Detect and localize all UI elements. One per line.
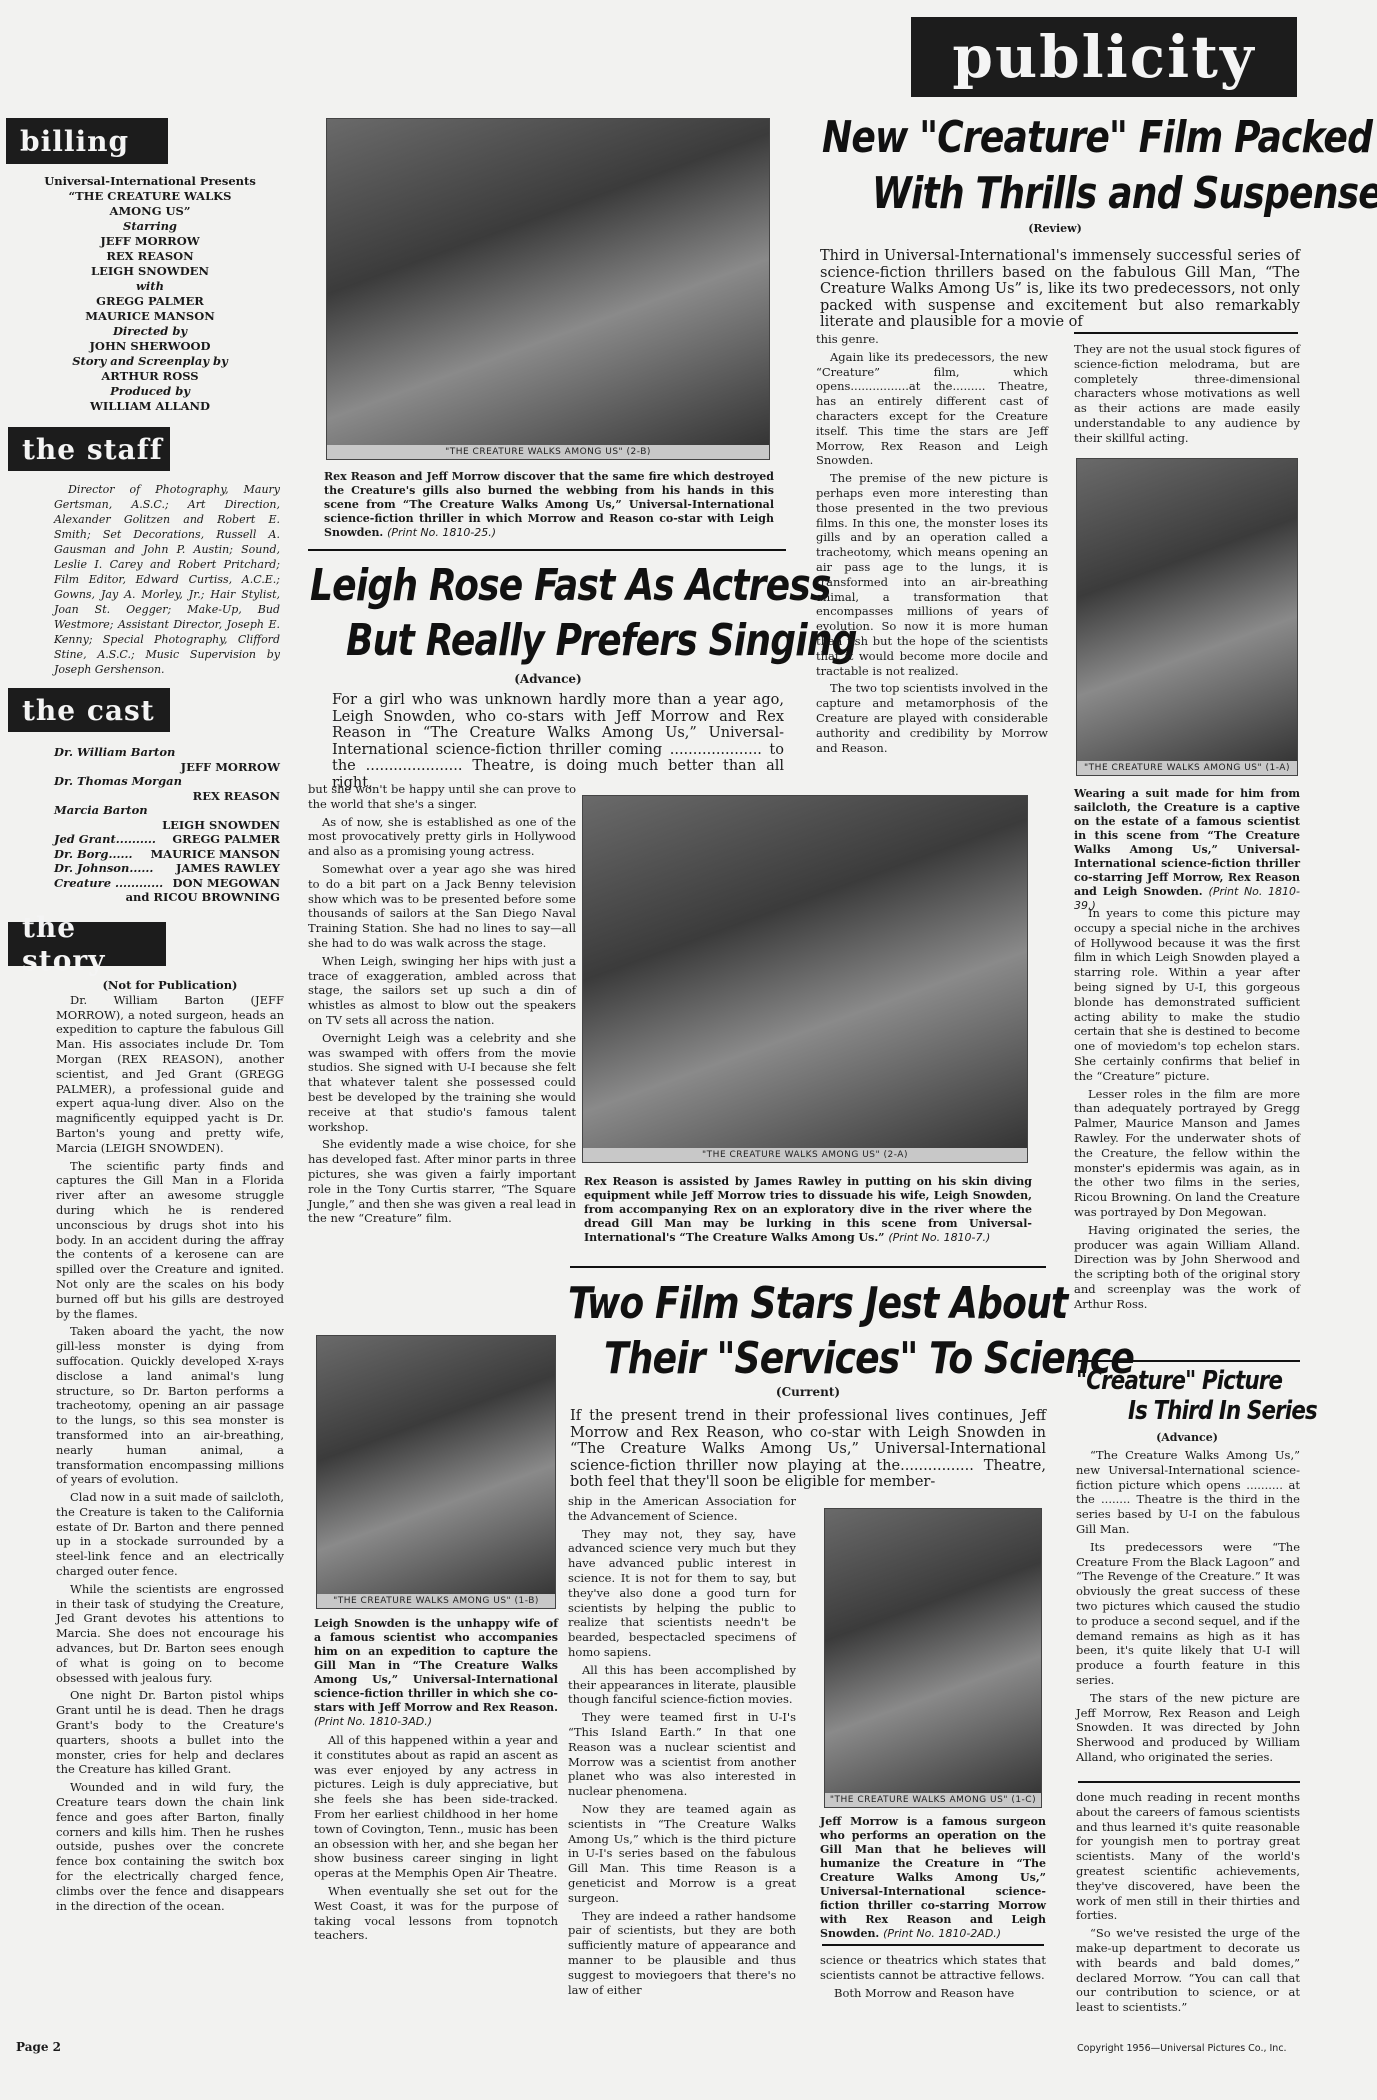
- cast-actor: JAMES RAWLEY: [176, 861, 280, 876]
- star-name: JEFF MORROW: [40, 234, 260, 249]
- costar-name: MAURICE MANSON: [40, 309, 260, 324]
- print-number: (Print No. 1810-3AD.): [314, 1715, 432, 1728]
- leigh-paragraph: She evidently made a wise choice, for sh…: [308, 1137, 576, 1226]
- two-stars-paragraph: All this has been accomplished by their …: [568, 1663, 796, 1707]
- two-stars-paragraph: ship in the American Association for the…: [568, 1494, 796, 1524]
- review-paragraph: The premise of the new picture is perhap…: [816, 471, 1048, 678]
- leigh-paragraph: but she won't be happy until she can pro…: [308, 782, 576, 812]
- section-header-staff: the staff: [8, 427, 170, 471]
- cast-role: Dr. William Barton: [54, 745, 280, 760]
- kicker-advance: (Advance): [310, 672, 786, 686]
- review-paragraph: Lesser roles in the film are more than a…: [1074, 1087, 1300, 1220]
- caption-text: Jeff Morrow is a famous surgeon who perf…: [820, 1815, 1046, 1940]
- cast-entry: Marcia BartonLEIGH SNOWDEN: [54, 803, 280, 832]
- story-paragraph: Dr. William Barton (JEFF MORROW), a note…: [56, 993, 284, 1156]
- headline-review-1: New "Creature" Film Packed: [822, 112, 1372, 163]
- leigh-body-col-2: All of this happened within a year and i…: [314, 1733, 558, 1946]
- cast-role: Dr. Thomas Morgan: [54, 774, 280, 789]
- leigh-paragraph: Somewhat over a year ago she was hired t…: [308, 862, 576, 951]
- starring-label: Starring: [40, 219, 260, 234]
- producer-name: WILLIAM ALLAND: [40, 399, 260, 414]
- story-paragraph: One night Dr. Barton pistol whips Grant …: [56, 1688, 284, 1777]
- leigh-lead: For a girl who was unknown hardly more t…: [332, 692, 784, 791]
- leigh-paragraph: Overnight Leigh was a celebrity and she …: [308, 1031, 576, 1135]
- third-body: “The Creature Walks Among Us,” new Unive…: [1076, 1448, 1300, 1768]
- cast-role: Marcia Barton: [54, 803, 280, 818]
- billing-title: “THE CREATURE WALKS: [40, 189, 260, 204]
- leigh-paragraph: As of now, she is established as one of …: [308, 815, 576, 859]
- story-label: Story and Screenplay by: [40, 354, 260, 369]
- cast-actor: GREGG PALMER: [172, 832, 280, 847]
- photo-1a: "THE CREATURE WALKS AMONG US" (1-A): [1076, 458, 1298, 776]
- cast-extra: and RICOU BROWNING: [54, 890, 280, 905]
- headline-leigh-2: But Really Prefers Singing: [346, 615, 857, 666]
- story-note: (Not for Publication): [56, 978, 284, 993]
- photo-1c-caption: Jeff Morrow is a famous surgeon who perf…: [820, 1815, 1046, 1941]
- photo-2b-caption: Rex Reason and Jeff Morrow discover that…: [324, 470, 774, 540]
- story-synopsis: (Not for Publication) Dr. William Barton…: [56, 978, 284, 1916]
- review-paragraph: The two top scientists involved in the c…: [816, 681, 1048, 755]
- page-number: Page 2: [16, 2040, 61, 2054]
- with-label: with: [40, 279, 260, 294]
- section-header-billing: billing: [6, 118, 168, 164]
- two-stars-col-1: ship in the American Association for the…: [568, 1494, 796, 2000]
- headline-leigh-1: Leigh Rose Fast As Actress: [310, 560, 831, 611]
- photo-1c: "THE CREATURE WALKS AMONG US" (1-C): [824, 1508, 1042, 1808]
- cast-entry: Dr. Thomas MorganREX REASON: [54, 774, 280, 803]
- two-stars-paragraph: “So we've resisted the urge of the make-…: [1076, 1926, 1300, 2015]
- billing-presents: Universal-International Presents: [40, 174, 260, 189]
- two-stars-paragraph: Now they are teamed again as scientists …: [568, 1802, 796, 1906]
- director-name: JOHN SHERWOOD: [40, 339, 260, 354]
- headline-two-stars-1: Two Film Stars Jest About: [568, 1278, 1067, 1329]
- two-stars-paragraph: They were teamed first in U-I's “This Is…: [568, 1710, 796, 1799]
- copyright: Copyright 1956—Universal Pictures Co., I…: [1077, 2043, 1287, 2054]
- photo-1a-caption: Wearing a suit made for him from sailclo…: [1074, 787, 1300, 913]
- story-paragraph: While the scientists are engrossed in th…: [56, 1582, 284, 1686]
- cast-actor: MAURICE MANSON: [150, 847, 280, 862]
- staff-credits: Director of Photography, Maury Gertsman,…: [54, 482, 280, 677]
- cast-label: the cast: [22, 694, 155, 727]
- billing-block: Universal-International Presents “THE CR…: [40, 174, 260, 414]
- leigh-paragraph: All of this happened within a year and i…: [314, 1733, 558, 1881]
- staff-label: the staff: [22, 433, 163, 466]
- review-col-1: this genre. Again like its predecessors,…: [816, 332, 1048, 758]
- section-header-cast: the cast: [8, 688, 170, 732]
- story-paragraph: Clad now in a suit made of sailcloth, th…: [56, 1490, 284, 1579]
- photo-strip-caption: "THE CREATURE WALKS AMONG US" (1-B): [317, 1594, 555, 1608]
- leigh-body-col: but she won't be happy until she can pro…: [308, 782, 576, 1229]
- kicker-advance: (Advance): [1076, 1431, 1298, 1444]
- photo-2a: "THE CREATURE WALKS AMONG US" (2-A): [582, 795, 1028, 1163]
- review-col-2-bottom: In years to come this picture may occupy…: [1074, 906, 1300, 1315]
- billing-label: billing: [20, 125, 129, 158]
- cast-role: Dr. Johnson......: [54, 861, 153, 876]
- two-stars-paragraph: Both Morrow and Reason have: [820, 1986, 1046, 2001]
- headline-third-1: "Creature" Picture: [1076, 1366, 1282, 1396]
- cast-entry: Creature ............DON MEGOWAN: [54, 876, 280, 891]
- writer-name: ARTHUR ROSS: [40, 369, 260, 384]
- photo-strip-caption: "THE CREATURE WALKS AMONG US" (2-B): [327, 445, 769, 459]
- star-name: LEIGH SNOWDEN: [40, 264, 260, 279]
- leigh-paragraph: When eventually she set out for the West…: [314, 1884, 558, 1943]
- cast-entry: Jed Grant..........GREGG PALMER: [54, 832, 280, 847]
- photo-strip-caption: "THE CREATURE WALKS AMONG US" (2-A): [583, 1148, 1027, 1162]
- cast-actor: REX REASON: [54, 789, 280, 804]
- leigh-paragraph: When Leigh, swinging her hips with just …: [308, 954, 576, 1028]
- kicker-review: (Review): [810, 222, 1300, 235]
- divider: [1078, 1781, 1300, 1783]
- print-number: (Print No. 1810-2AD.): [883, 1927, 1001, 1940]
- two-stars-paragraph: They may not, they say, have advanced sc…: [568, 1527, 796, 1660]
- story-paragraph: Wounded and in wild fury, the Creature t…: [56, 1780, 284, 1913]
- story-paragraph: Taken aboard the yacht, the now gill-les…: [56, 1324, 284, 1487]
- divider: [308, 549, 786, 551]
- headline-third-2: Is Third In Series: [1128, 1396, 1317, 1426]
- kicker-current: (Current): [570, 1385, 1046, 1399]
- print-number: (Print No. 1810-25.): [387, 526, 496, 539]
- cast-actor: DON MEGOWAN: [173, 876, 280, 891]
- two-stars-paragraph: done much reading in recent months about…: [1076, 1790, 1300, 1923]
- print-number: (Print No. 1810-7.): [888, 1231, 990, 1244]
- star-name: REX REASON: [40, 249, 260, 264]
- publicity-label: publicity: [952, 23, 1255, 91]
- billing-title-2: AMONG US”: [40, 204, 260, 219]
- two-stars-paragraph: They are indeed a rather handsome pair o…: [568, 1909, 796, 1998]
- review-paragraph: Again like its predecessors, the new “Cr…: [816, 350, 1048, 468]
- photo-2a-caption: Rex Reason is assisted by James Rawley i…: [584, 1175, 1032, 1245]
- cast-entry: Dr. Borg......MAURICE MANSON: [54, 847, 280, 862]
- review-paragraph: Having originated the series, the produc…: [1074, 1223, 1300, 1312]
- photo-strip-caption: "THE CREATURE WALKS AMONG US" (1-C): [825, 1793, 1041, 1807]
- review-paragraph: In years to come this picture may occupy…: [1074, 906, 1300, 1084]
- produced-label: Produced by: [40, 384, 260, 399]
- divider: [1078, 1360, 1300, 1362]
- two-stars-paragraph: science or theatrics which states that s…: [820, 1953, 1046, 1983]
- cast-entry: Dr. William BartonJEFF MORROW: [54, 745, 280, 774]
- divider: [822, 1944, 1044, 1946]
- photo-1b-caption: Leigh Snowden is the unhappy wife of a f…: [314, 1617, 558, 1729]
- costar-name: GREGG PALMER: [40, 294, 260, 309]
- section-header-publicity: publicity: [911, 17, 1297, 97]
- review-col-2-top: They are not the usual stock figures of …: [1074, 342, 1300, 446]
- photo-1b: "THE CREATURE WALKS AMONG US" (1-B): [316, 1335, 556, 1609]
- third-paragraph: Its predecessors were “The Creature From…: [1076, 1540, 1300, 1688]
- two-stars-lead: If the present trend in their profession…: [570, 1408, 1046, 1491]
- story-label: the story: [22, 911, 166, 977]
- review-paragraph: this genre.: [816, 332, 1048, 347]
- headline-review-2: With Thrills and Suspense: [872, 168, 1377, 219]
- two-stars-col-3: done much reading in recent months about…: [1076, 1790, 1300, 2018]
- cast-entry: Dr. Johnson......JAMES RAWLEY: [54, 861, 280, 876]
- divider: [570, 1266, 1046, 1268]
- cast-actor: JEFF MORROW: [54, 760, 280, 775]
- headline-two-stars-2: Their "Services" To Science: [604, 1333, 1134, 1384]
- third-paragraph: The stars of the new picture are Jeff Mo…: [1076, 1691, 1300, 1765]
- cast-actor: LEIGH SNOWDEN: [54, 818, 280, 833]
- story-paragraph: The scientific party finds and captures …: [56, 1159, 284, 1322]
- two-stars-col-2: science or theatrics which states that s…: [820, 1953, 1046, 2003]
- third-paragraph: “The Creature Walks Among Us,” new Unive…: [1076, 1448, 1300, 1537]
- divider: [1074, 332, 1298, 334]
- photo-2b: "THE CREATURE WALKS AMONG US" (2-B): [326, 118, 770, 460]
- cast-role: Creature ............: [54, 876, 163, 891]
- section-header-story: the story: [8, 922, 166, 966]
- cast-list: Dr. William BartonJEFF MORROW Dr. Thomas…: [54, 745, 280, 905]
- cast-role: Jed Grant..........: [54, 832, 156, 847]
- cast-role: Dr. Borg......: [54, 847, 133, 862]
- photo-strip-caption: "THE CREATURE WALKS AMONG US" (1-A): [1077, 761, 1297, 775]
- directed-label: Directed by: [40, 324, 260, 339]
- review-lead: Third in Universal-International's immen…: [820, 248, 1300, 331]
- caption-text: Wearing a suit made for him from sailclo…: [1074, 787, 1300, 898]
- caption-text: Leigh Snowden is the unhappy wife of a f…: [314, 1617, 558, 1714]
